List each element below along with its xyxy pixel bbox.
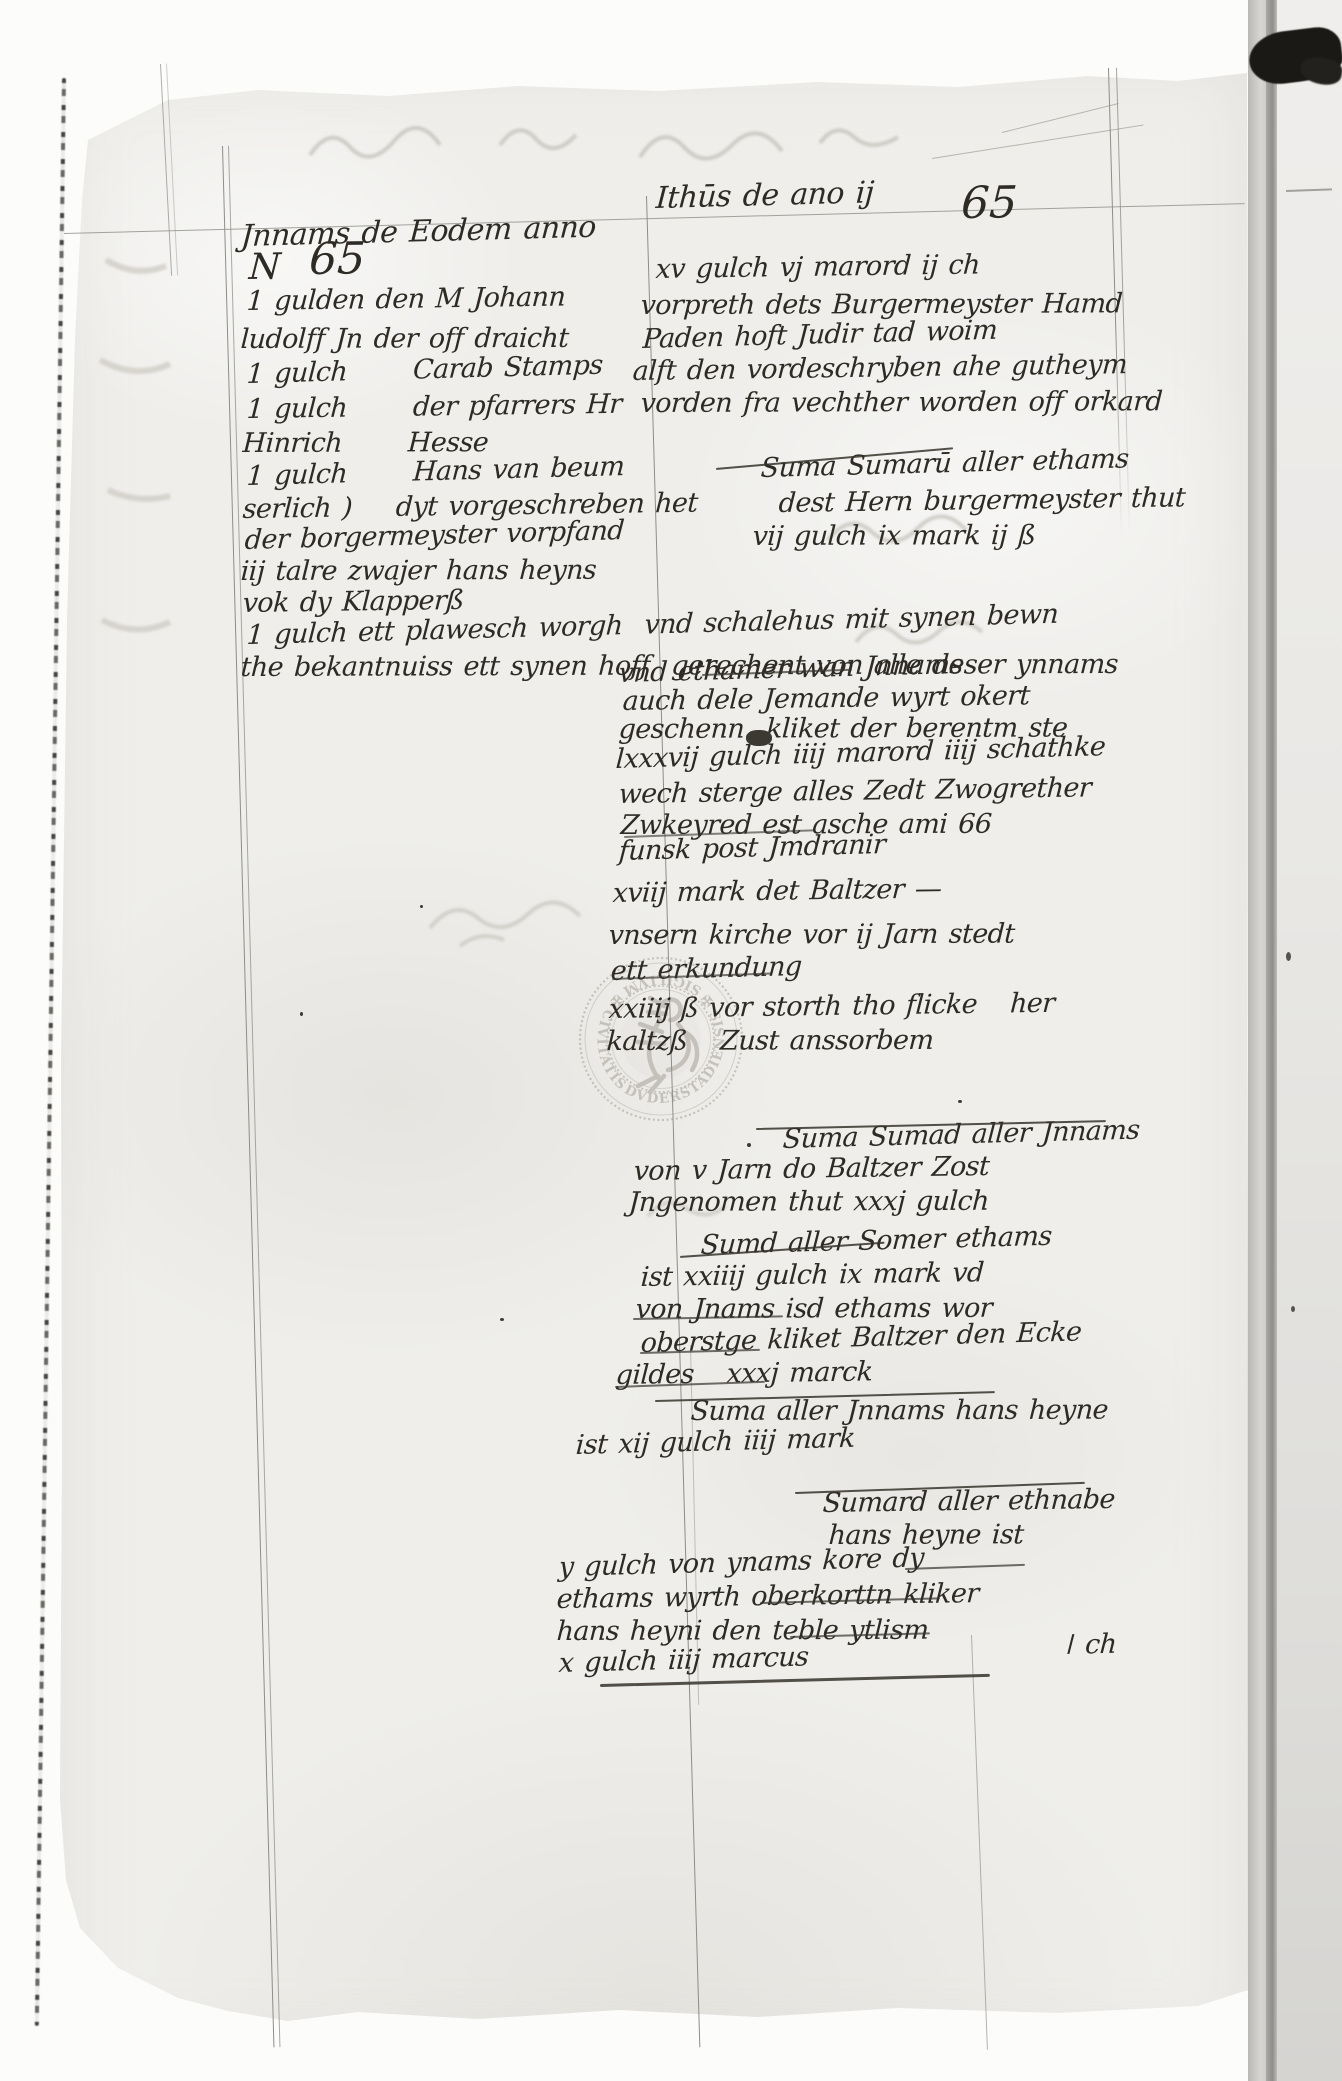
ledger-line: ist xxiiij gulch ix mark vd [640,1259,984,1291]
ledger-line: serlich ) dyt vorgeschreben het [242,490,698,523]
ink-speck [420,905,423,908]
right-heading: Ithūs de ano ij [655,178,874,214]
ledger-line: Hinrich Hesse [242,429,489,457]
left-heading-year: 65 [308,237,366,282]
ledger-line: xxiiij ß vor storth tho flicke her [608,990,1055,1023]
ledger-line: xv gulch vj marord ij ch [655,251,980,283]
ledger-line: vnsern kirche vor ij Jarn stedt [608,921,1015,949]
ledger-line: hans heyni den teble ytlism [556,1617,929,1645]
ledger-line: wech sterge alles Zedt Zwogrether [618,774,1092,808]
ledger-line: vok dy Klapperß [242,587,464,617]
under-page-surface [1277,0,1342,2081]
scanned-manuscript-page: DVDERSTADIENSIS ✠ SIGILLVM ✠ CIVITATIS J… [0,0,1342,2081]
ledger-line: alft den vordeschryben ahe gutheym [632,351,1128,385]
summa-line: von v Jarn do Baltzer Zost [633,1153,990,1185]
ledger-line: iij talre zwajer hans heyns [240,557,597,585]
bleedthrough-mark [86,240,206,710]
ink-blot [746,730,772,746]
ledger-line: vorpreth dets Burgermeyster Hamd [640,290,1123,319]
ledger-line: 1 gulden den M Johann [246,284,566,315]
right-heading-year: 65 [960,181,1018,226]
ledger-line: kaltzß Zust anssorbem [606,1027,934,1055]
ledger-line: ethams wyrth oberkorttn kliker [556,1580,979,1613]
bleedthrough-mark [300,95,920,185]
ink-speck [747,1143,751,1147]
ledger-line: xviij mark det Baltzer — [612,875,942,907]
ledger-line: auch dele Jemande wyrt okert [622,682,1031,715]
ledger-line: x gulch iiij marcus [558,1643,809,1677]
left-heading-prefix: N [248,250,281,286]
ledger-line: ett erkundung [610,953,802,985]
ledger-line: 1 gulch der pfarrers Hr [246,391,622,423]
ink-speck [958,1100,962,1103]
ink-speck [500,1318,504,1321]
summa-line: ist xij gulch iiij mark [575,1425,856,1459]
edge-speck [1291,1306,1295,1312]
tail-mark: ǀ ch [1066,1631,1117,1659]
ink-speck [300,1012,303,1016]
ledger-line: vorden fra vechther worden off orkard [640,388,1163,417]
under-page-edge [1266,0,1277,2081]
ledger-line: ludolff Jn der off draicht [240,325,569,353]
page-edge-shadow [1248,0,1266,2081]
summa-line: Suma aller Jnnams hans heyne [690,1397,1109,1425]
summa-line: vij gulch ix mark ij ß [752,522,1036,550]
summa-line: Jngenomen thut xxxj gulch [628,1188,990,1216]
edge-speck [1286,952,1291,961]
summa-line: dest Hern burgermeyster thut [778,484,1186,517]
